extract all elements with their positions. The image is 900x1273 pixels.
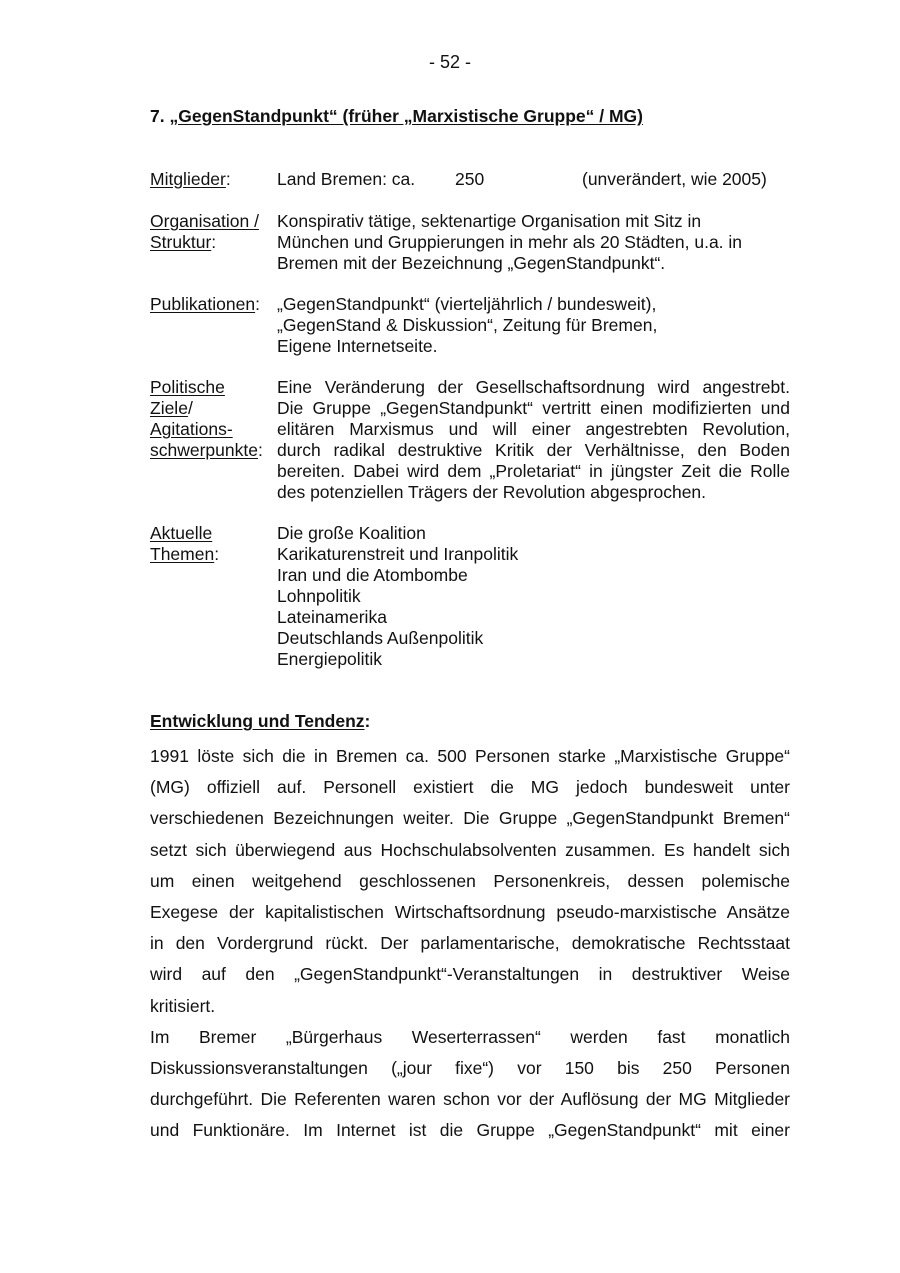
section-number: 7. <box>150 106 169 126</box>
page-number: - 52 - <box>0 52 900 73</box>
paragraph-line: setzt sich überwiegend aus Hochschulabso… <box>150 835 790 866</box>
fact-label: Politische Ziele/ Agitations- schwerpunk… <box>150 377 277 503</box>
list-item: Karikaturenstreit und Iranpolitik <box>277 544 790 565</box>
section-title-text: „GegenStandpunkt“ (früher „Marxistische … <box>169 106 643 126</box>
development-heading: Entwicklung und Tendenz: <box>150 711 370 732</box>
list-item: Lateinamerika <box>277 607 790 628</box>
list-item: Lohnpolitik <box>277 586 790 607</box>
paragraph-line: verschiedenen Bezeichnungen weiter. Die … <box>150 803 790 834</box>
organisation-value: Konspirativ tätige, sektenartige Organis… <box>277 211 790 274</box>
paragraph-line: Im Bremer „Bürgerhaus Weserterrassen“ we… <box>150 1022 790 1053</box>
members-count: 250 <box>455 169 582 190</box>
paragraph-line: Exegese der kapitalistischen Wirtschafts… <box>150 897 790 928</box>
members-value: Land Bremen: ca. 250 (unverändert, wie 2… <box>277 169 790 190</box>
fact-table: Mitglieder: Land Bremen: ca. 250 (unverä… <box>150 169 790 670</box>
fact-label: Mitglieder: <box>150 169 277 190</box>
goals-value: Eine Veränderung der Gesellschaftsordnun… <box>277 377 790 503</box>
paragraph-line: um einen weitgehend geschlossenen Person… <box>150 866 790 897</box>
paragraph-line: (MG) offiziell auf. Personell existiert … <box>150 772 790 803</box>
list-item: Iran und die Atombombe <box>277 565 790 586</box>
paragraph-line: und Funktionäre. Im Internet ist die Gru… <box>150 1115 790 1146</box>
fact-row-publications: Publikationen: „GegenStandpunkt“ (vierte… <box>150 294 790 357</box>
paragraph-line: kritisiert. <box>150 991 790 1022</box>
list-item: Die große Koalition <box>277 523 790 544</box>
fact-row-members: Mitglieder: Land Bremen: ca. 250 (unverä… <box>150 169 790 190</box>
fact-label: Organisation / Struktur: <box>150 211 277 274</box>
development-body: 1991 löste sich die in Bremen ca. 500 Pe… <box>150 741 790 1147</box>
publications-value: „GegenStandpunkt“ (vierteljährlich / bun… <box>277 294 790 357</box>
list-item: Deutschlands Außenpolitik <box>277 628 790 649</box>
members-region: Land Bremen: ca. <box>277 169 455 190</box>
fact-label: Publikationen: <box>150 294 277 357</box>
members-note: (unverändert, wie 2005) <box>582 169 767 190</box>
fact-row-goals: Politische Ziele/ Agitations- schwerpunk… <box>150 377 790 503</box>
paragraph-line: durchgeführt. Die Referenten waren schon… <box>150 1084 790 1115</box>
paragraph-line: wird auf den „GegenStandpunkt“-Veranstal… <box>150 959 790 990</box>
list-item: Energiepolitik <box>277 649 790 670</box>
paragraph-line: in den Vordergrund rückt. Der parlamenta… <box>150 928 790 959</box>
fact-row-organisation: Organisation / Struktur: Konspirativ tät… <box>150 211 790 274</box>
paragraph-line: 1991 löste sich die in Bremen ca. 500 Pe… <box>150 741 790 772</box>
section-title: 7. „GegenStandpunkt“ (früher „Marxistisc… <box>150 106 643 127</box>
fact-row-topics: Aktuelle Themen: Die große Koalition Kar… <box>150 523 790 670</box>
paragraph-line: Diskussionsveranstaltungen („jour fixe“)… <box>150 1053 790 1084</box>
fact-label: Aktuelle Themen: <box>150 523 277 670</box>
topics-list: Die große Koalition Karikaturenstreit un… <box>277 523 790 670</box>
